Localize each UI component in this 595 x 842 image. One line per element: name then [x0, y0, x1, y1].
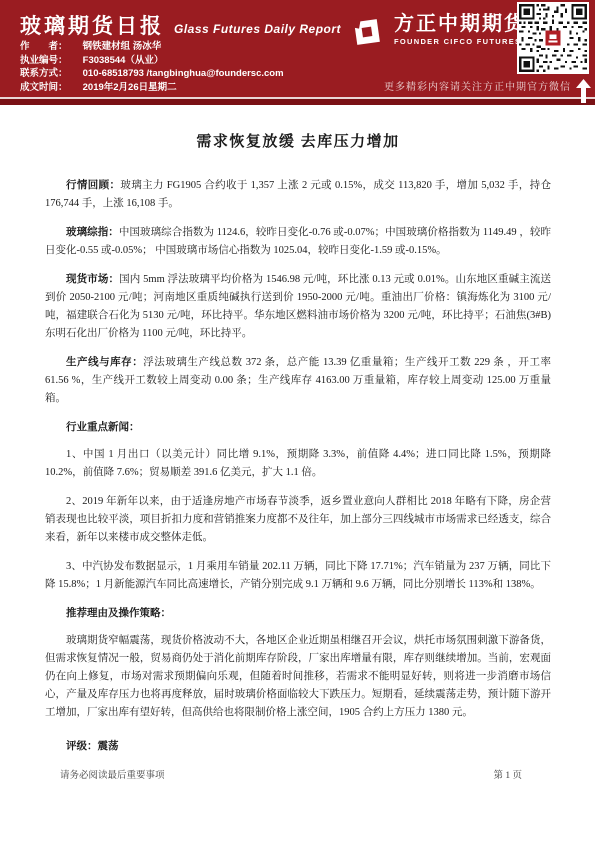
paragraph-lead: 现货市场： — [66, 274, 119, 285]
meta-row-author: 作 者： 钢铁建材组 汤冰华 — [20, 40, 284, 54]
paragraph-lead: 玻璃综指： — [66, 227, 119, 238]
header-accent-bar — [0, 99, 595, 105]
paragraph-glass-index: 玻璃综指：中国玻璃综合指数为 1124.6，较昨日变化-0.76 或-0.07%… — [45, 224, 551, 260]
header-band: 玻璃期货日报 Glass Futures Daily Report 作 者： 钢… — [0, 0, 595, 97]
news-section-heading: 行业重点新闻： — [45, 419, 551, 437]
meta-row-contact: 联系方式： 010-68518793 /tangbinghua@founders… — [20, 67, 284, 81]
up-arrow-icon — [576, 79, 591, 103]
paragraph-text: 中国玻璃综合指数为 1124.6，较昨日变化-0.76 或-0.07%；中国玻璃… — [45, 227, 551, 256]
paragraph-lead: 行情回顾： — [66, 180, 120, 191]
paragraph-text: 玻璃主力 FG1905 合约收于 1,357 上涨 2 元或 0.15%，成交 … — [45, 180, 551, 209]
report-body: 需求恢复放缓 去库压力增加 行情回顾：玻璃主力 FG1905 合约收于 1,35… — [45, 112, 551, 767]
field-label: 执业编号： — [20, 54, 80, 68]
masthead: 玻璃期货日报 Glass Futures Daily Report — [20, 10, 341, 40]
rating-line: 评级：震荡 — [45, 738, 551, 756]
page-number: 第 1 页 — [493, 767, 522, 781]
paragraph-text: 国内 5mm 浮法玻璃平均价格为 1546.98 元/吨，环比涨 0.13 元或… — [45, 274, 551, 339]
news-item-3: 3、中汽协发布数据显示，1 月乘用车销量 202.11 万辆，同比下降 17.7… — [45, 558, 551, 594]
report-headline: 需求恢复放缓 去库压力增加 — [45, 130, 551, 151]
field-label: 成文时间： — [20, 81, 80, 95]
brand-subname: FOUNDER CIFCO FUTURES — [394, 37, 526, 46]
meta-row-date: 成文时间： 2019年2月26日星期二 — [20, 81, 284, 95]
report-title-cn: 玻璃期货日报 — [20, 10, 164, 40]
paragraph-lead: 生产线与库存： — [66, 357, 143, 368]
paragraph-production-inventory: 生产线与库存：浮法玻璃生产线总数 372 条，总产能 13.39 亿重量箱；生产… — [45, 354, 551, 408]
meta-row-license: 执业编号： F3038544（从业） — [20, 54, 284, 68]
wechat-caption: 更多精彩内容请关注方正中期官方微信 — [384, 78, 571, 93]
field-value: F3038544（从业） — [83, 55, 164, 66]
brand-block: 方正中期期货 FOUNDER CIFCO FUTURES — [348, 13, 526, 51]
footer-disclaimer: 请务必阅读最后重要事项 — [60, 767, 165, 781]
report-page: 玻璃期货日报 Glass Futures Daily Report 作 者： 钢… — [0, 0, 595, 842]
qr-pattern-icon — [517, 2, 589, 74]
report-title-en: Glass Futures Daily Report — [174, 22, 341, 36]
strategy-text: 玻璃期货窄幅震荡，现货价格波动不大，各地区企业近期虽相继召开会议，烘托市场氛围刺… — [45, 632, 551, 722]
wechat-qr-code — [517, 2, 589, 74]
news-item-2: 2、2019 年新年以来，由于适逢房地产市场春节淡季，返乡置业意向人群相比 20… — [45, 493, 551, 547]
brand-name: 方正中期期货 — [394, 13, 526, 35]
field-value: 钢铁建材组 汤冰华 — [83, 41, 162, 52]
paragraph-spot-market: 现货市场：国内 5mm 浮法玻璃平均价格为 1546.98 元/吨，环比涨 0.… — [45, 271, 551, 343]
brand-text: 方正中期期货 FOUNDER CIFCO FUTURES — [394, 13, 526, 46]
news-item-1: 1、中国 1 月出口（以美元计）同比增 9.1%，预期降 3.3%，前值降 4.… — [45, 446, 551, 482]
field-label: 作 者： — [20, 40, 80, 54]
paragraph-market-review: 行情回顾：玻璃主力 FG1905 合约收于 1,357 上涨 2 元或 0.15… — [45, 177, 551, 213]
strategy-section-heading: 推荐理由及操作策略： — [45, 605, 551, 623]
field-value: 2019年2月26日星期二 — [83, 82, 177, 93]
field-label: 联系方式： — [20, 67, 80, 81]
page-footer: 请务必阅读最后重要事项 第 1 页 — [0, 767, 595, 781]
field-value: 010-68518793 /tangbinghua@foundersc.com — [83, 68, 284, 79]
author-meta: 作 者： 钢铁建材组 汤冰华 执业编号： F3038544（从业） 联系方式： … — [20, 40, 284, 94]
founder-logo-icon — [348, 13, 386, 51]
